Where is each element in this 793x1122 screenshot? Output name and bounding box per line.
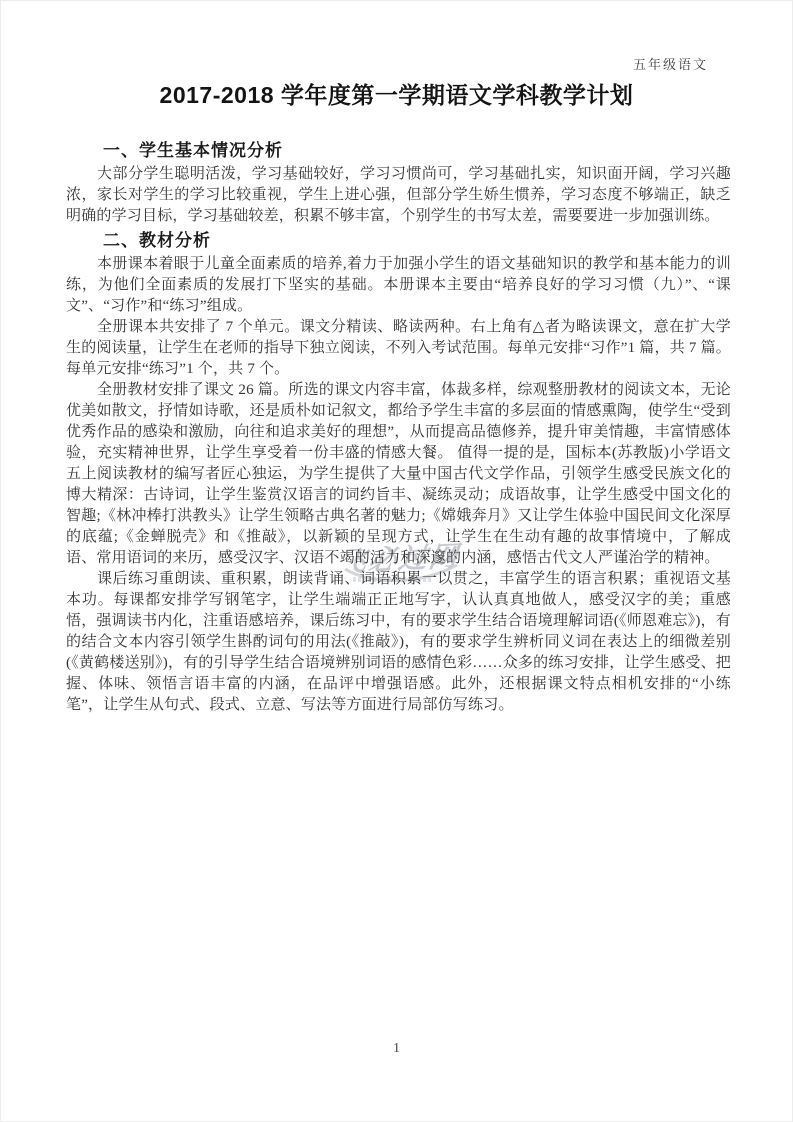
document-body: 一、学生基本情况分析 大部分学生聪明活泼，学习基础较好，学习习惯尚可，学习基础扎… xyxy=(66,137,731,716)
paragraph-student-analysis: 大部分学生聪明活泼，学习基础较好，学习习惯尚可，学习基础扎实，知识面开阔，学习兴… xyxy=(66,164,731,227)
section-heading-student-analysis: 一、学生基本情况分析 xyxy=(66,140,731,162)
header-grade-label: 五年级语文 xyxy=(633,54,708,73)
paragraph-textbook-overview: 本册课本着眼于儿童全面素质的培养,着力于加强小学生的语文基础知识的教学和基本能力… xyxy=(66,254,731,317)
document-page: 五年级语文 2017-2018 学年度第一学期语文学科教学计划 一、学生基本情况… xyxy=(0,0,793,1122)
paragraph-after-class-exercises: 课后练习重朗读、重积累，朗读背诵、词语积累一以贯之，丰富学生的语言积累；重视语文… xyxy=(66,569,731,716)
section-heading-textbook-analysis: 二、教材分析 xyxy=(66,230,731,252)
paragraph-reading-texts: 全册教材安排了课文 26 篇。所选的课文内容丰富，体裁多样，综观整册教材的阅读文… xyxy=(66,380,731,569)
document-title: 2017-2018 学年度第一学期语文学科教学计划 xyxy=(1,77,792,110)
page-number: 1 xyxy=(1,1041,792,1057)
paragraph-unit-arrangement: 全册课本共安排了 7 个单元。课文分精读、略读两种。右上角有△者为略读课文，意在… xyxy=(66,317,731,380)
